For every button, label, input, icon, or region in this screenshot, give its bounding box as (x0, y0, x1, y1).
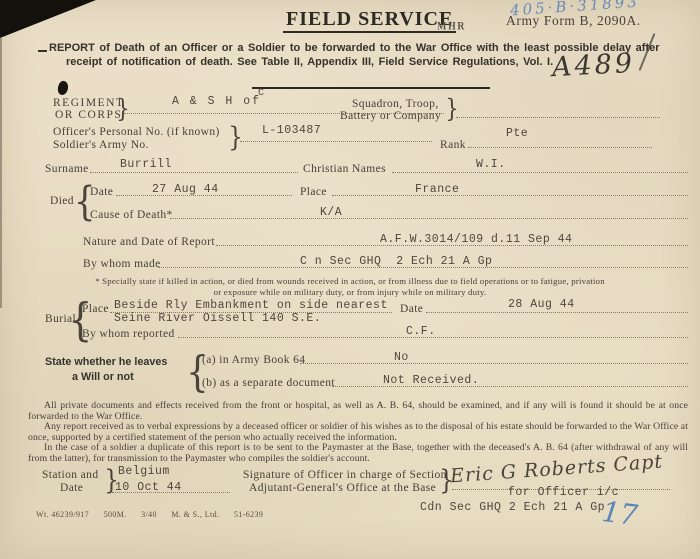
station-line (112, 492, 230, 493)
cause-of-death-value: K/A (320, 206, 342, 219)
signature-label-line1: Signature of Officer in charge of Sectio… (243, 469, 447, 481)
report-label: Nature and Date of Report (83, 236, 215, 248)
died-label: Died (50, 195, 74, 207)
will-label-line2: a Will or not (72, 371, 134, 383)
service-no-brace: } (228, 124, 243, 151)
burial-date-label: Date (400, 303, 423, 315)
service-no-line (240, 141, 432, 142)
rank-label: Rank (440, 139, 466, 151)
surname-label: Surname (45, 163, 89, 175)
service-no-label-line2: Soldier's Army No. (53, 139, 149, 151)
footnote-line-1: * Specially state if killed in action, o… (0, 276, 700, 286)
christian-names-value: W.I. (476, 158, 506, 171)
form-title: FIELD SERVICE (283, 8, 456, 33)
will-item-b-value: Not Received. (383, 374, 479, 387)
burial-reported-value: C.F. (406, 325, 436, 338)
regiment-label-line2: OR CORPS (55, 109, 122, 121)
regiment-value: A & S H of (172, 95, 261, 108)
corner-fold-artifact (0, 0, 96, 38)
note-paragraph-2: Any report received as to verbal express… (28, 422, 688, 443)
burial-place-label: Place (82, 303, 109, 315)
footnote-line-2: or exposure while on military duty, or f… (0, 287, 700, 297)
surname-value: Burrill (120, 158, 172, 171)
cause-of-death-line (170, 218, 688, 219)
ink-blot (56, 80, 69, 96)
christian-names-line (392, 172, 688, 173)
will-item-a-value: No (394, 351, 409, 364)
died-place-line (332, 195, 688, 196)
scan-edge-line (0, 38, 2, 308)
margin-note-handwritten: 17 (600, 495, 639, 532)
squadron-line (456, 117, 660, 118)
burial-date-value: 28 Aug 44 (508, 298, 575, 311)
rank-line (468, 147, 652, 148)
will-item-b-label: (b) as a separate document (202, 377, 335, 389)
christian-names-label: Christian Names (303, 163, 386, 175)
will-item-a-label: (a) in Army Book 64 (202, 354, 305, 366)
regiment-brace: } (116, 96, 130, 121)
report-value: A.F.W.3014/109 d.11 Sep 44 (380, 233, 572, 246)
will-label-line1: State whether he leaves (45, 356, 167, 368)
signature-label-line2: Adjutant-General's Office at the Base (249, 482, 436, 494)
service-no-value: L-103487 (262, 124, 321, 137)
intro-line-1: REPORT of Death of an Officer or a Soldi… (49, 42, 660, 54)
mhr-stamp: MHR (437, 20, 466, 33)
burial-place-value-line2: Seine River Oissell 140 S.E. (114, 312, 321, 325)
died-date-label: Date (90, 186, 113, 198)
regiment-value-superscript: C (258, 88, 265, 99)
surname-line (90, 172, 298, 173)
station-label-line1: Station and (42, 469, 98, 481)
note-paragraph-1: All private documents and effects receiv… (28, 401, 688, 422)
will-item-a-line (300, 363, 688, 364)
station-place-value: Belgium (118, 465, 170, 478)
section-divider (252, 87, 490, 89)
regiment-label-line1: REGIMENT (53, 97, 124, 109)
died-place-value: France (415, 183, 459, 196)
signature-unit-line: Cdn Sec GHQ 2 Ech 21 A Gp (420, 501, 605, 514)
made-by-value: C n Sec GHQ 2 Ech 21 A Gp (300, 255, 492, 268)
signature-for-line: for Officer i/c (508, 486, 619, 499)
died-place-label: Place (300, 186, 327, 198)
service-no-label-line1: Officer's Personal No. (if known) (53, 126, 220, 138)
rank-value: Pte (506, 127, 528, 140)
burial-date-line (426, 312, 688, 313)
field-service-death-report-form: FIELD SERVICE MHR Army Form B, 2090A. 40… (0, 0, 700, 559)
underscore-mark (38, 50, 47, 52)
cause-of-death-label: Cause of Death* (90, 209, 173, 221)
squadron-label-line1: Squadron, Troop, (352, 98, 439, 110)
station-label-line2: Date (60, 482, 83, 494)
burial-place-value-line1: Beside Rly Embankment on side nearest (114, 299, 388, 312)
made-by-label: By whom made (83, 258, 161, 270)
intro-line-2: receipt of notification of death. See Ta… (66, 56, 553, 68)
burial-reported-label: By whom reported (82, 328, 175, 340)
printer-imprint: Wt. 46239/917 500M. 3/40 M. & S., Ltd. 5… (36, 510, 263, 519)
died-date-value: 27 Aug 44 (152, 183, 219, 196)
squadron-label-line2: Battery or Company (340, 110, 441, 122)
